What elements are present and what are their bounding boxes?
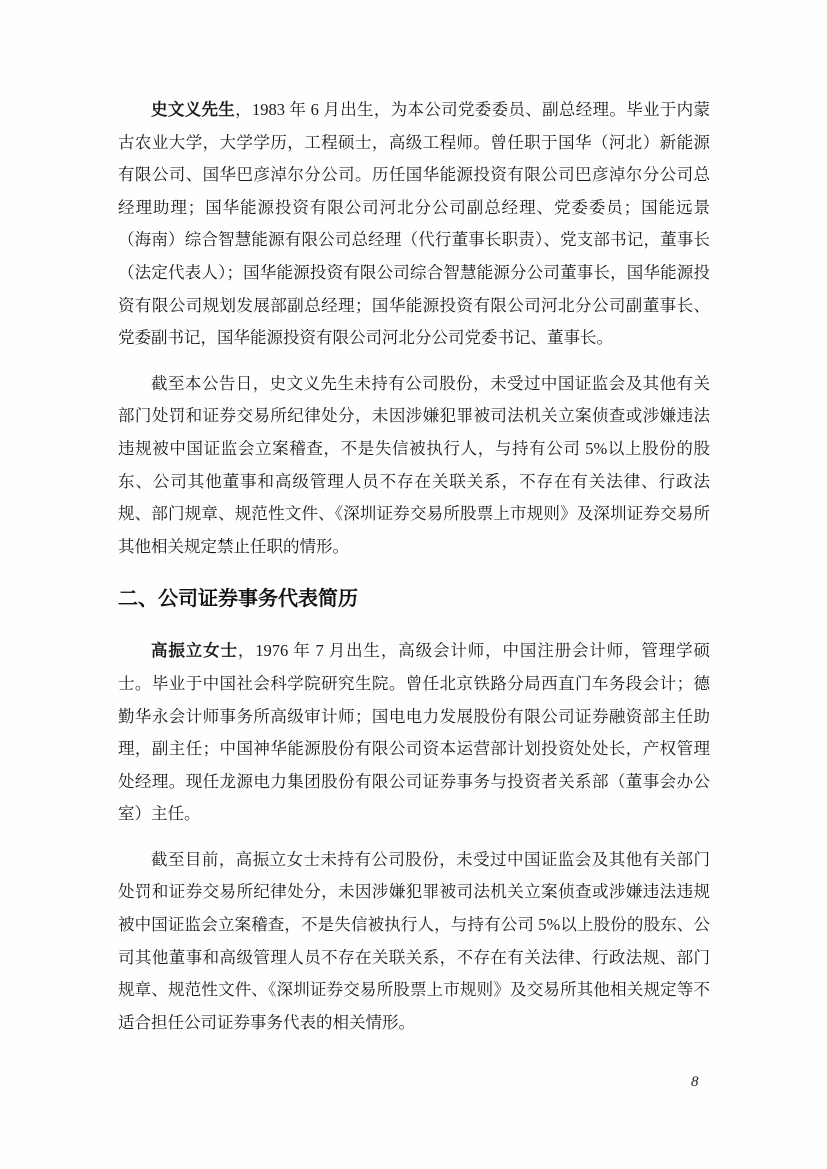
disclosure-paragraph-gaozhenli: 截至目前，高振立女士未持有公司股份，未受过中国证监会及其他有关部门处罚和证券交易…	[118, 844, 710, 1040]
section-heading-securities-representative: 二、公司证券事务代表简历	[118, 584, 710, 614]
disclosure-paragraph-shiwenyi: 截至本公告日，史文义先生未持有公司股份，未受过中国证监会及其他有关部门处罚和证券…	[118, 368, 710, 564]
person-name-shiwenyi: 史文义先生	[151, 100, 235, 119]
bio-text-gaozhenli: ，1976 年 7 月出生，高级会计师，中国注册会计师，管理学硕士。毕业于中国社…	[118, 641, 710, 823]
page-number: 8	[691, 1074, 699, 1091]
bio-text-shiwenyi: ，1983 年 6 月出生，为本公司党委委员、副总经理。毕业于内蒙古农业大学，大…	[118, 100, 710, 347]
bio-paragraph-gaozhenli: 高振立女士，1976 年 7 月出生，高级会计师，中国注册会计师，管理学硕士。毕…	[118, 635, 710, 831]
bio-paragraph-shiwenyi: 史文义先生，1983 年 6 月出生，为本公司党委委员、副总经理。毕业于内蒙古农…	[118, 94, 710, 355]
person-name-gaozhenli: 高振立女士	[151, 641, 238, 660]
document-content: 史文义先生，1983 年 6 月出生，为本公司党委委员、副总经理。毕业于内蒙古农…	[118, 94, 710, 1052]
document-page: 史文义先生，1983 年 6 月出生，为本公司党委委员、副总经理。毕业于内蒙古农…	[0, 0, 827, 1169]
